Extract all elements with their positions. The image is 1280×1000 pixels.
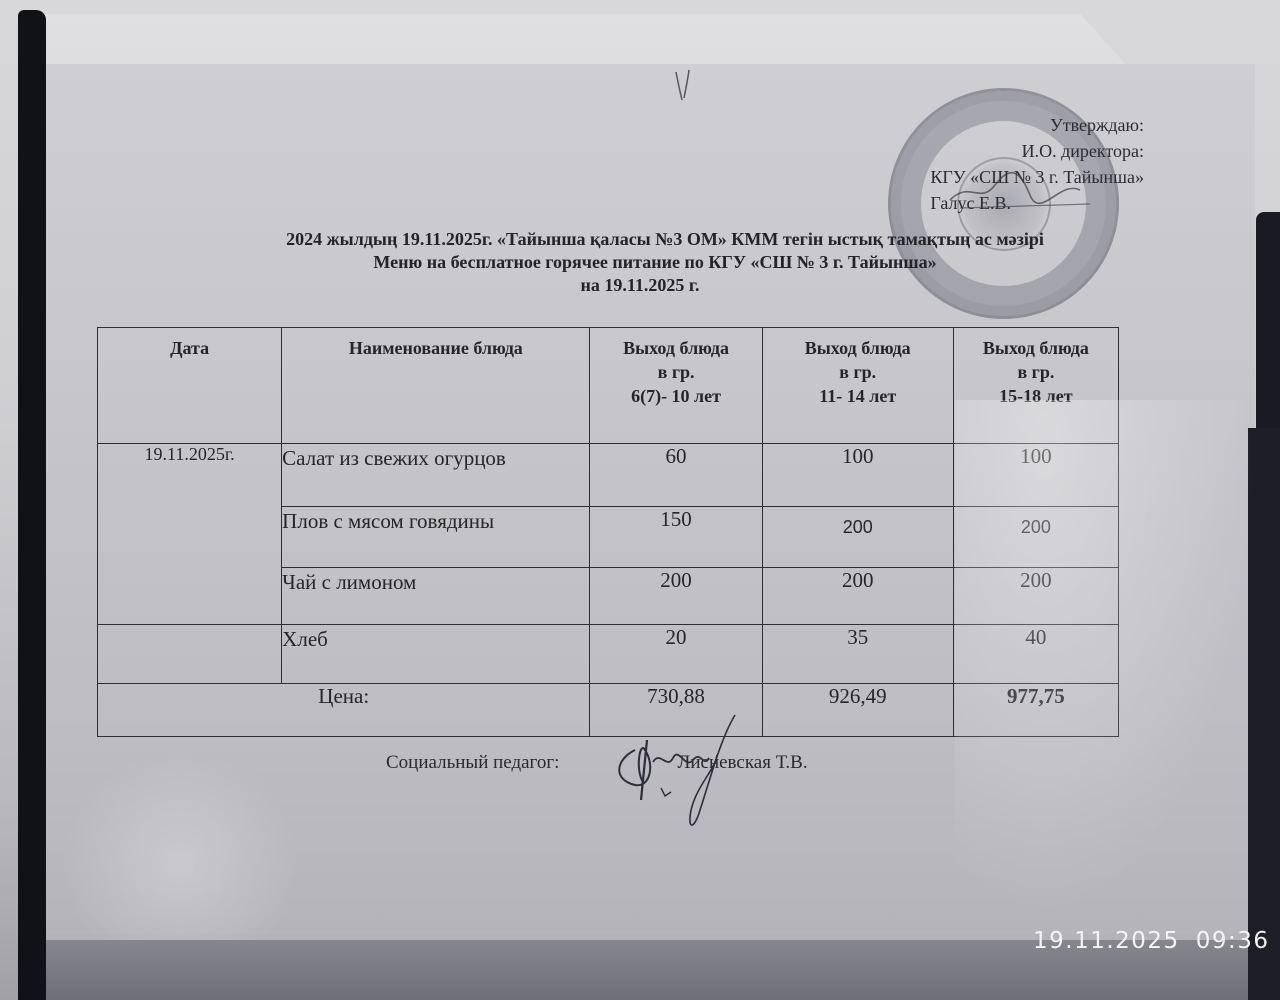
dish-name: Хлеб xyxy=(282,625,590,684)
board-frame-left xyxy=(18,10,46,1000)
dish-name: Салат из свежих огурцов xyxy=(282,444,590,507)
portion-group-2: 200 xyxy=(762,507,953,568)
timestamp-time: 09:36 xyxy=(1196,928,1270,954)
header-group-3-line-3: 15-18 лет xyxy=(954,384,1118,408)
pen-mark-icon xyxy=(672,68,692,104)
price-group-2: 926,49 xyxy=(762,684,953,737)
price-label: Цена: xyxy=(98,684,590,737)
portion-group-1: 60 xyxy=(590,444,762,507)
portion-group-1: 200 xyxy=(590,568,762,625)
pedagogue-signature-icon xyxy=(605,710,745,835)
signer-role: Социальный педагог: xyxy=(386,752,559,773)
approval-heading: Утверждаю: xyxy=(930,112,1144,138)
header-group-2: Выход блюда в гр. 11- 14 лет xyxy=(762,328,953,444)
header-group-1-line-3: 6(7)- 10 лет xyxy=(590,384,761,408)
portion-group-3: 200 xyxy=(953,568,1118,625)
price-group-3: 977,75 xyxy=(953,684,1118,737)
header-group-3-line-2: в гр. xyxy=(954,360,1118,384)
header-group-1-line-2: в гр. xyxy=(590,360,761,384)
header-group-2-line-3: 11- 14 лет xyxy=(763,384,953,408)
table-row: 19.11.2025г. Салат из свежих огурцов 60 … xyxy=(98,444,1119,507)
director-signature-icon xyxy=(940,160,1100,220)
title-date: на 19.11.2025 г. xyxy=(100,274,1180,297)
portion-group-2: 35 xyxy=(762,625,953,684)
photo-timestamp: 19.11.202509:36 xyxy=(1033,928,1270,954)
timestamp-date: 19.11.2025 xyxy=(1033,928,1180,954)
portion-group-2: 100 xyxy=(762,444,953,507)
title-russian: Меню на бесплатное горячее питание по КГ… xyxy=(130,251,1180,274)
dish-name: Плов с мясом говядины xyxy=(282,507,590,568)
header-group-3: Выход блюда в гр. 15-18 лет xyxy=(953,328,1118,444)
empty-date-cell xyxy=(98,625,282,684)
portion-group-2: 200 xyxy=(762,568,953,625)
date-cell: 19.11.2025г. xyxy=(98,444,282,625)
board-frame-right-lower xyxy=(1248,428,1280,1000)
document-title: 2024 жылдың 19.11.2025г. «Тайынша қаласы… xyxy=(100,228,1180,297)
header-group-1: Выход блюда в гр. 6(7)- 10 лет xyxy=(590,328,762,444)
header-group-1-line-1: Выход блюда xyxy=(590,336,761,360)
header-group-3-line-1: Выход блюда xyxy=(954,336,1118,360)
portion-group-1: 150 xyxy=(590,507,762,568)
header-group-2-line-1: Выход блюда xyxy=(763,336,953,360)
dish-name: Чай с лимоном xyxy=(282,568,590,625)
portion-group-3: 100 xyxy=(953,444,1118,507)
portion-group-3: 40 xyxy=(953,625,1118,684)
header-group-2-line-2: в гр. xyxy=(763,360,953,384)
table-row: Хлеб 20 35 40 xyxy=(98,625,1119,684)
portion-group-3: 200 xyxy=(953,507,1118,568)
table-header-row: Дата Наименование блюда Выход блюда в гр… xyxy=(98,328,1119,444)
title-kazakh: 2024 жылдың 19.11.2025г. «Тайынша қаласы… xyxy=(150,228,1180,251)
portion-group-1: 20 xyxy=(590,625,762,684)
header-dish-name: Наименование блюда xyxy=(282,328,590,444)
header-date: Дата xyxy=(98,328,282,444)
menu-table: Дата Наименование блюда Выход блюда в гр… xyxy=(97,327,1119,737)
